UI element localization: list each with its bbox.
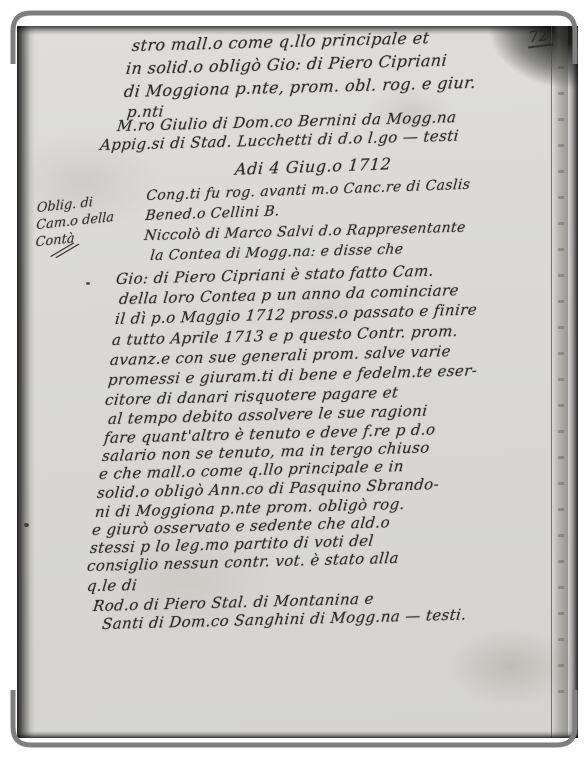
ink-speck — [24, 523, 29, 527]
manuscript-line: Niccolò di Marco Salvi d.o Rappresentant… — [143, 220, 466, 244]
manuscript-line: di Moggiona p.nte, prom. obl. rog. e giu… — [123, 73, 477, 101]
ink-speck — [96, 600, 99, 603]
manuscript-line: q.le di — [86, 576, 138, 595]
manuscript-line: Cong.ti fu rog. avanti m.o Canc.re di Ca… — [146, 177, 471, 204]
entry-date-line: Adi 4 Giug.o 1712 — [234, 154, 392, 179]
text-layer: 72 Oblig. di Cam.o della Contà // Adi 4 … — [0, 0, 588, 760]
ink-speck — [86, 282, 90, 285]
manuscript-line: Bened.o Cellini B. — [145, 203, 281, 224]
manuscript-line: stro mall.o come q.llo principale et — [131, 28, 430, 55]
manuscript-scan-viewer: 72 Oblig. di Cam.o della Contà // Adi 4 … — [0, 0, 588, 760]
manuscript-line: la Contea di Mogg.na: e disse che — [149, 241, 404, 264]
page-number: 72 — [526, 26, 553, 49]
